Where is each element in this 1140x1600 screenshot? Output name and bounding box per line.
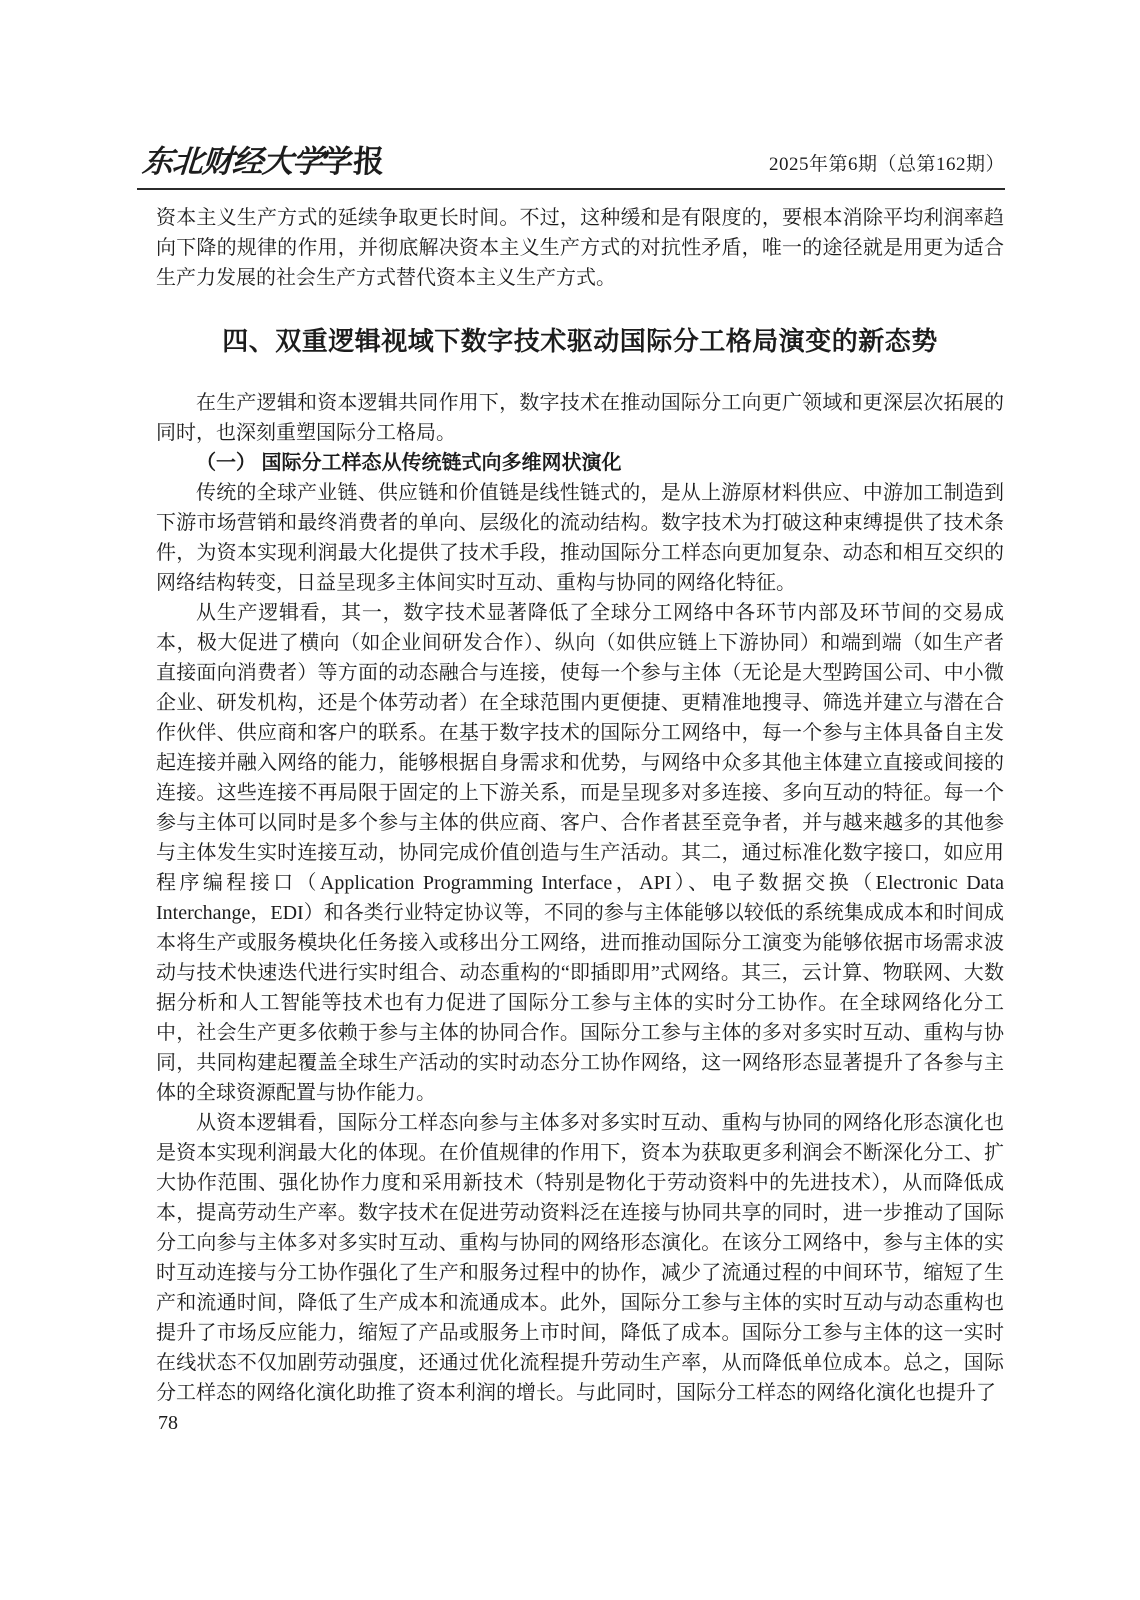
subsection-heading: （一） 国际分工样态从传统链式向多维网状演化 xyxy=(156,448,1004,478)
journal-logo-script: 东北财经大学 xyxy=(141,144,324,180)
body-paragraph-production-logic-intro: 传统的全球产业链、供应链和价值链是线性链式的，是从上游原材料供应、中游加工制造到… xyxy=(156,478,1004,598)
journal-page: 东北财经大学学报 2025年第6期（总第162期） 资本主义生产方式的延续争取更… xyxy=(0,0,1140,1600)
issue-info: 2025年第6期（总第162期） xyxy=(769,154,1005,180)
body-paragraph-capital-logic: 从资本逻辑看，国际分工样态向参与主体多对多实时互动、重构与协同的网络化形态演化也… xyxy=(156,1108,1004,1408)
article-body: 资本主义生产方式的延续争取更长时间。不过，这种缓和是有限度的，要根本消除平均利润… xyxy=(156,203,1004,1408)
journal-logo-suffix: 学报 xyxy=(321,144,386,180)
continued-paragraph: 资本主义生产方式的延续争取更长时间。不过，这种缓和是有限度的，要根本消除平均利润… xyxy=(156,203,1004,293)
section-heading: 四、双重逻辑视域下数字技术驱动国际分工格局演变的新态势 xyxy=(156,323,1004,359)
body-paragraph-production-logic: 从生产逻辑看，其一，数字技术显著降低了全球分工网络中各环节内部及环节间的交易成本… xyxy=(156,598,1004,1108)
page-number: 78 xyxy=(158,1408,178,1438)
intro-paragraph: 在生产逻辑和资本逻辑共同作用下，数字技术在推动国际分工向更广领域和更深层次拓展的… xyxy=(156,388,1004,448)
page-header: 东北财经大学学报 2025年第6期（总第162期） xyxy=(137,144,1005,190)
journal-logo: 东北财经大学学报 xyxy=(137,144,386,180)
